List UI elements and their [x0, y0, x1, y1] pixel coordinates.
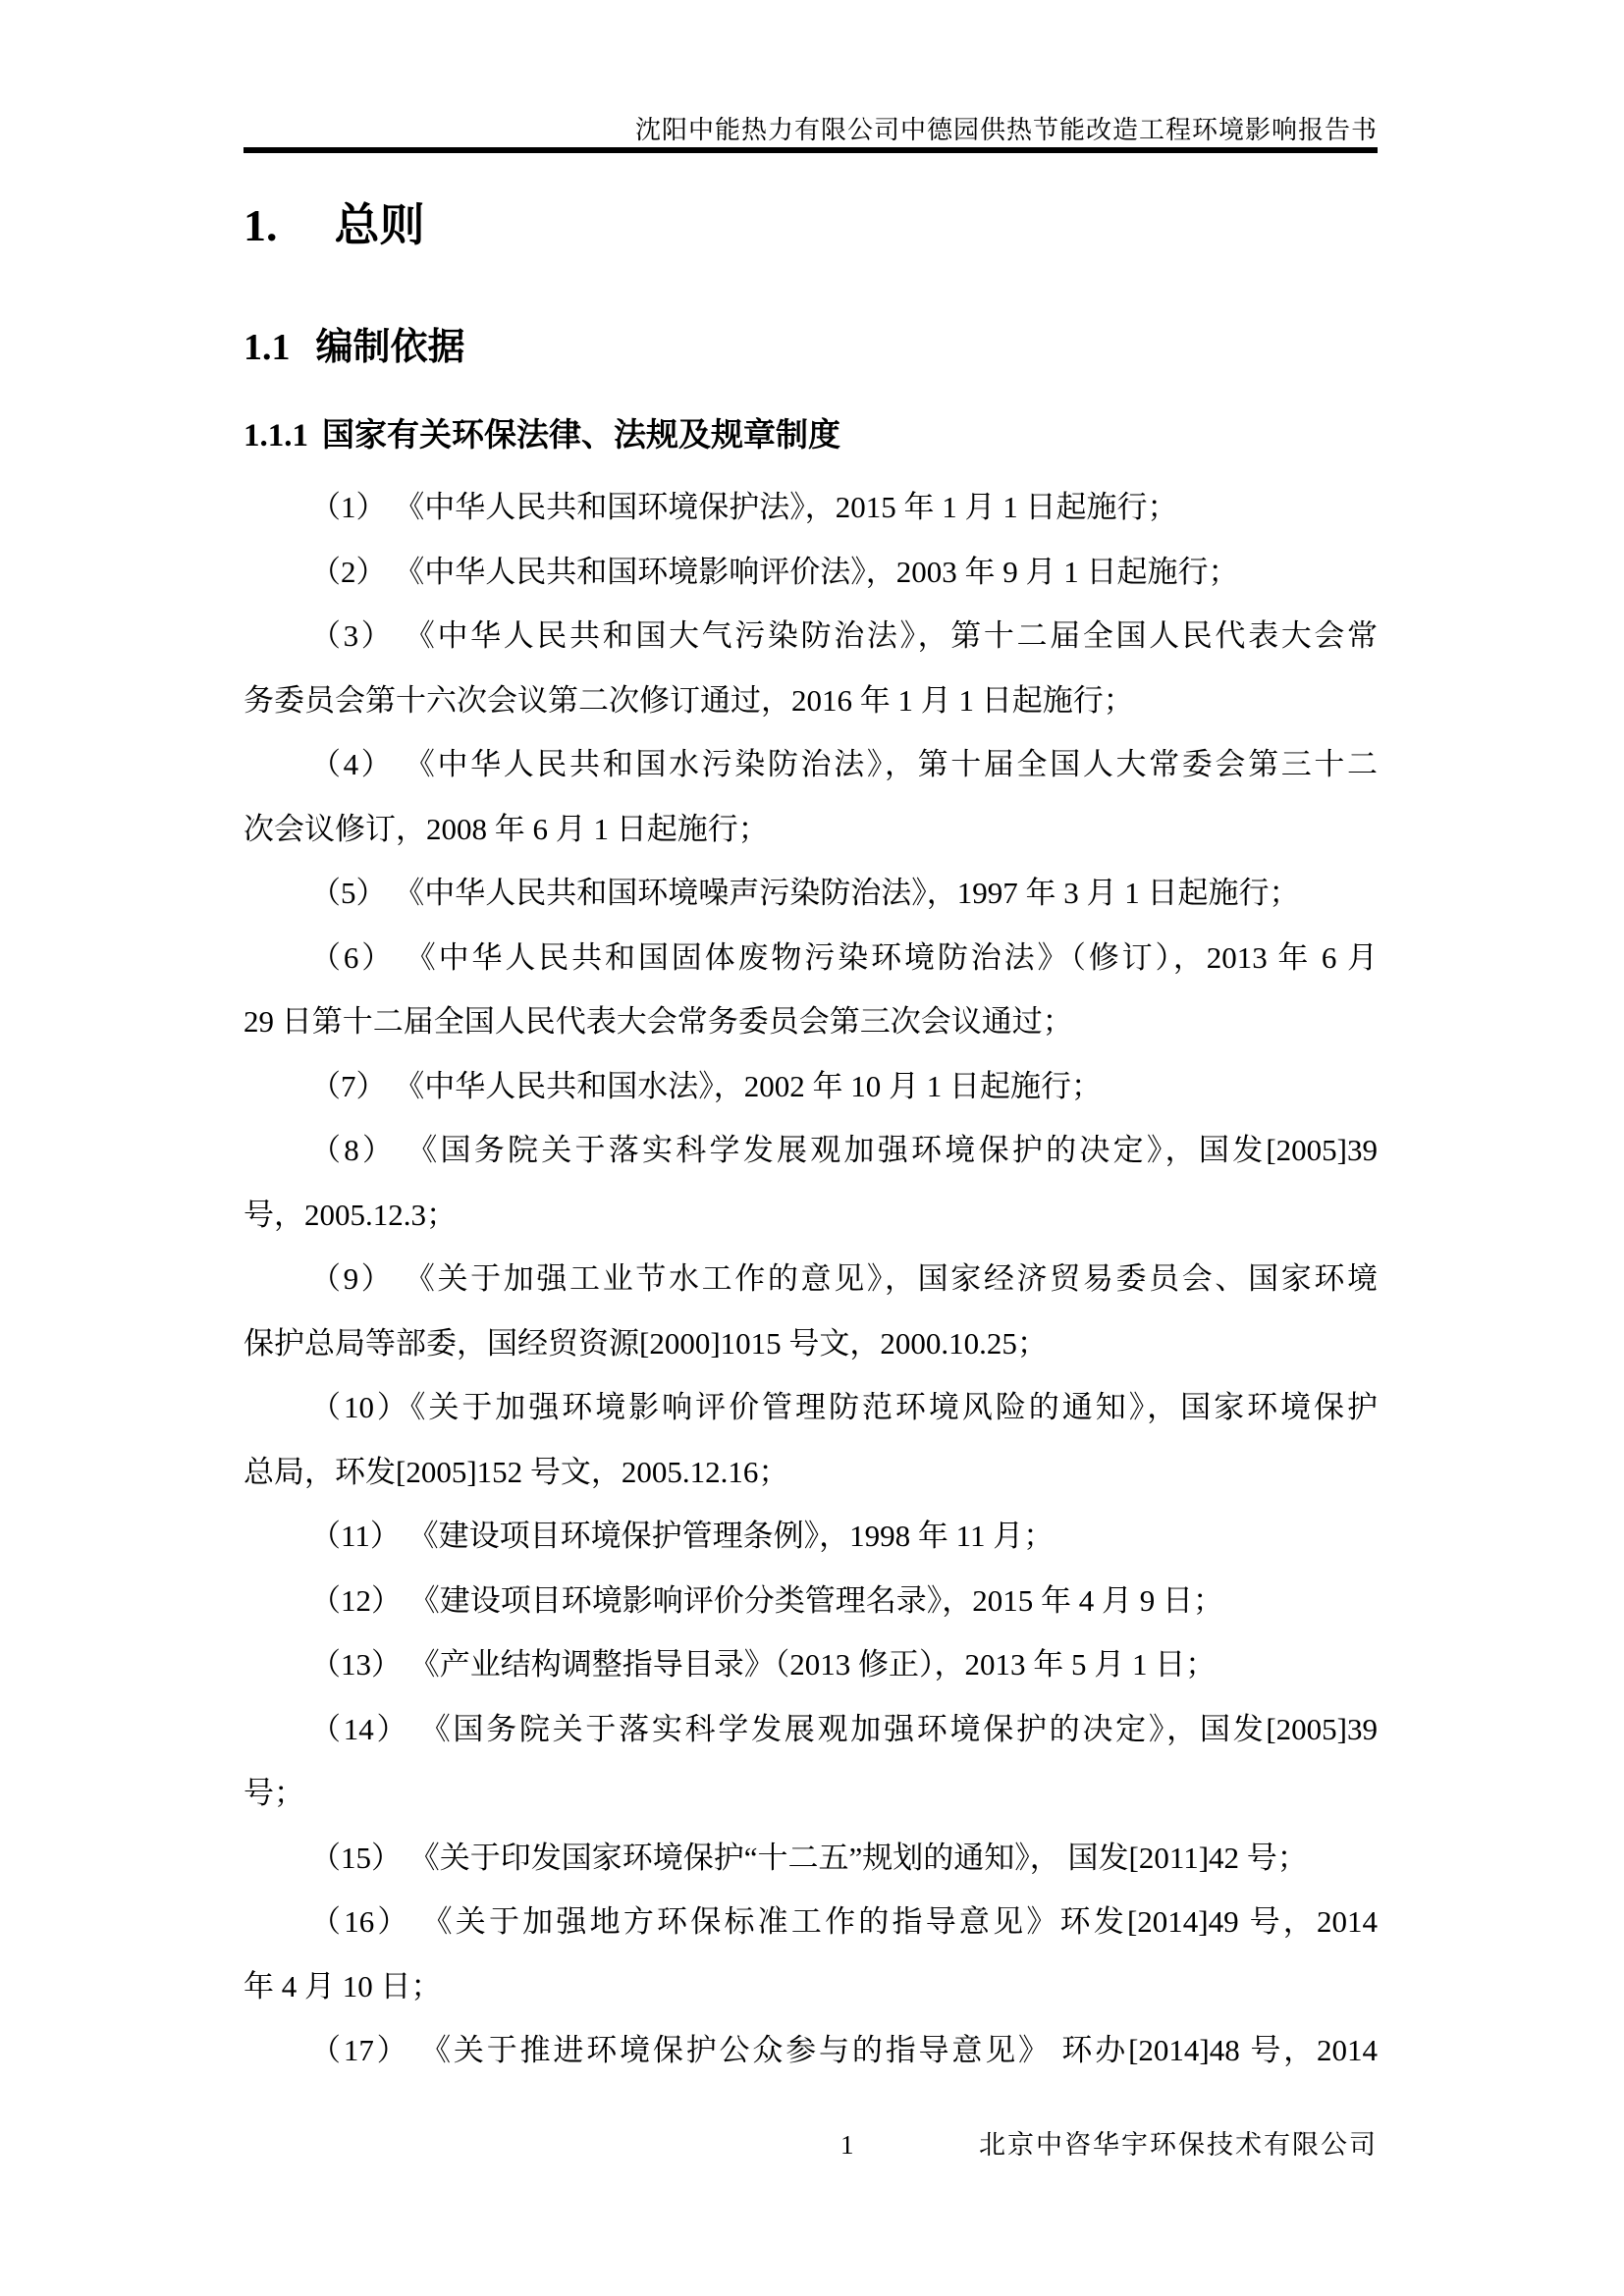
body-line: （10）《关于加强环境影响评价管理防范环境风险的通知》，国家环境保护 [244, 1375, 1378, 1440]
page-content: 沈阳中能热力有限公司中德园供热节能改造工程环境影响报告书 1.总则 1.1编制依… [244, 0, 1378, 2083]
subsection-heading: 1.1.1国家有关环保法律、法规及规章制度 [244, 418, 1378, 454]
list-item: （17） 《关于推进环境保护公众参与的指导意见》 环办[2014]48 号，20… [244, 2018, 1378, 2083]
section-heading: 1.1编制依据 [244, 328, 1378, 367]
body-line: （2） 《中华人民共和国环境影响评价法》，2003 年 9 月 1 日起施行； [244, 540, 1378, 605]
body-line: （5） 《中华人民共和国环境噪声污染防治法》，1997 年 3 月 1 日起施行… [244, 861, 1378, 926]
list-item: （13） 《产业结构调整指导目录》（2013 修正），2013 年 5 月 1 … [244, 1632, 1378, 1697]
body-line: 年 4 月 10 日； [244, 1954, 1378, 2019]
footer-company: 北京中咨华宇环保技术有限公司 [979, 2128, 1378, 2162]
body-line: 29 日第十二届全国人民代表大会常务委员会第三次会议通过； [244, 989, 1378, 1054]
list-item: （2） 《中华人民共和国环境影响评价法》，2003 年 9 月 1 日起施行； [244, 540, 1378, 605]
body-line: 务委员会第十六次会议第二次修订通过，2016 年 1 月 1 日起施行； [244, 668, 1378, 733]
body-line: （11） 《建设项目环境保护管理条例》，1998 年 11 月； [244, 1504, 1378, 1569]
body-line: （12） 《建设项目环境影响评价分类管理名录》，2015 年 4 月 9 日； [244, 1569, 1378, 1633]
list-item: （6） 《中华人民共和国固体废物污染环境防治法》（修订），2013 年 6 月2… [244, 926, 1378, 1054]
list-item: （4） 《中华人民共和国水污染防治法》，第十届全国人大常委会第三十二次会议修订，… [244, 732, 1378, 861]
list-item: （16） 《关于加强地方环保标准工作的指导意见》环发[2014]49 号，201… [244, 1890, 1378, 2018]
body-line: （17） 《关于推进环境保护公众参与的指导意见》 环办[2014]48 号，20… [244, 2018, 1378, 2083]
body-line: 号； [244, 1761, 1378, 1826]
list-item: （1） 《中华人民共和国环境保护法》，2015 年 1 月 1 日起施行； [244, 475, 1378, 540]
body-line: （4） 《中华人民共和国水污染防治法》，第十届全国人大常委会第三十二 [244, 732, 1378, 797]
list-item: （7） 《中华人民共和国水法》，2002 年 10 月 1 日起施行； [244, 1054, 1378, 1119]
body-line: （3） 《中华人民共和国大气污染防治法》，第十二届全国人民代表大会常 [244, 604, 1378, 668]
list-item: （15） 《关于印发国家环境保护“十二五”规划的通知》， 国发[2011]42 … [244, 1826, 1378, 1891]
list-item: （9） 《关于加强工业节水工作的意见》，国家经济贸易委员会、国家环境保护总局等部… [244, 1247, 1378, 1375]
body-line: 号，2005.12.3； [244, 1183, 1378, 1248]
chapter-title: 总则 [335, 200, 425, 250]
chapter-number: 1. [244, 200, 278, 250]
body-line: 次会议修订，2008 年 6 月 1 日起施行； [244, 797, 1378, 862]
section-title: 编制依据 [316, 327, 465, 368]
running-header-title: 沈阳中能热力有限公司中德园供热节能改造工程环境影响报告书 [635, 116, 1378, 144]
page-footer: 1 北京中咨华宇环保技术有限公司 [244, 2128, 1378, 2162]
body-line: （9） 《关于加强工业节水工作的意见》，国家经济贸易委员会、国家环境 [244, 1247, 1378, 1311]
body-line: （14） 《国务院关于落实科学发展观加强环境保护的决定》，国发[2005]39 [244, 1697, 1378, 1762]
subsection-title: 国家有关环保法律、法规及规章制度 [322, 418, 840, 454]
body-paragraphs: （1） 《中华人民共和国环境保护法》，2015 年 1 月 1 日起施行；（2）… [244, 475, 1378, 2083]
list-item: （3） 《中华人民共和国大气污染防治法》，第十二届全国人民代表大会常务委员会第十… [244, 604, 1378, 732]
list-item: （11） 《建设项目环境保护管理条例》，1998 年 11 月； [244, 1504, 1378, 1569]
body-line: （1） 《中华人民共和国环境保护法》，2015 年 1 月 1 日起施行； [244, 475, 1378, 540]
report-page: 沈阳中能热力有限公司中德园供热节能改造工程环境影响报告书 1.总则 1.1编制依… [0, 0, 1624, 2296]
body-line: 总局，环发[2005]152 号文，2005.12.16； [244, 1440, 1378, 1505]
running-header: 沈阳中能热力有限公司中德园供热节能改造工程环境影响报告书 [244, 0, 1378, 153]
body-line: （15） 《关于印发国家环境保护“十二五”规划的通知》， 国发[2011]42 … [244, 1826, 1378, 1891]
body-line: （8） 《国务院关于落实科学发展观加强环境保护的决定》，国发[2005]39 [244, 1118, 1378, 1183]
subsection-number: 1.1.1 [244, 418, 308, 454]
body-line: （7） 《中华人民共和国水法》，2002 年 10 月 1 日起施行； [244, 1054, 1378, 1119]
list-item: （14） 《国务院关于落实科学发展观加强环境保护的决定》，国发[2005]39号… [244, 1697, 1378, 1826]
body-line: （16） 《关于加强地方环保标准工作的指导意见》环发[2014]49 号，201… [244, 1890, 1378, 1954]
list-item: （12） 《建设项目环境影响评价分类管理名录》，2015 年 4 月 9 日； [244, 1569, 1378, 1633]
page-number: 1 [840, 2128, 854, 2162]
section-number: 1.1 [244, 327, 291, 368]
body-line: 保护总局等部委，国经贸资源[2000]1015 号文，2000.10.25； [244, 1311, 1378, 1376]
body-line: （13） 《产业结构调整指导目录》（2013 修正），2013 年 5 月 1 … [244, 1632, 1378, 1697]
chapter-heading: 1.总则 [244, 202, 1378, 249]
list-item: （8） 《国务院关于落实科学发展观加强环境保护的决定》，国发[2005]39号，… [244, 1118, 1378, 1247]
list-item: （5） 《中华人民共和国环境噪声污染防治法》，1997 年 3 月 1 日起施行… [244, 861, 1378, 926]
list-item: （10）《关于加强环境影响评价管理防范环境风险的通知》，国家环境保护总局，环发[… [244, 1375, 1378, 1504]
body-line: （6） 《中华人民共和国固体废物污染环境防治法》（修订），2013 年 6 月 [244, 926, 1378, 990]
